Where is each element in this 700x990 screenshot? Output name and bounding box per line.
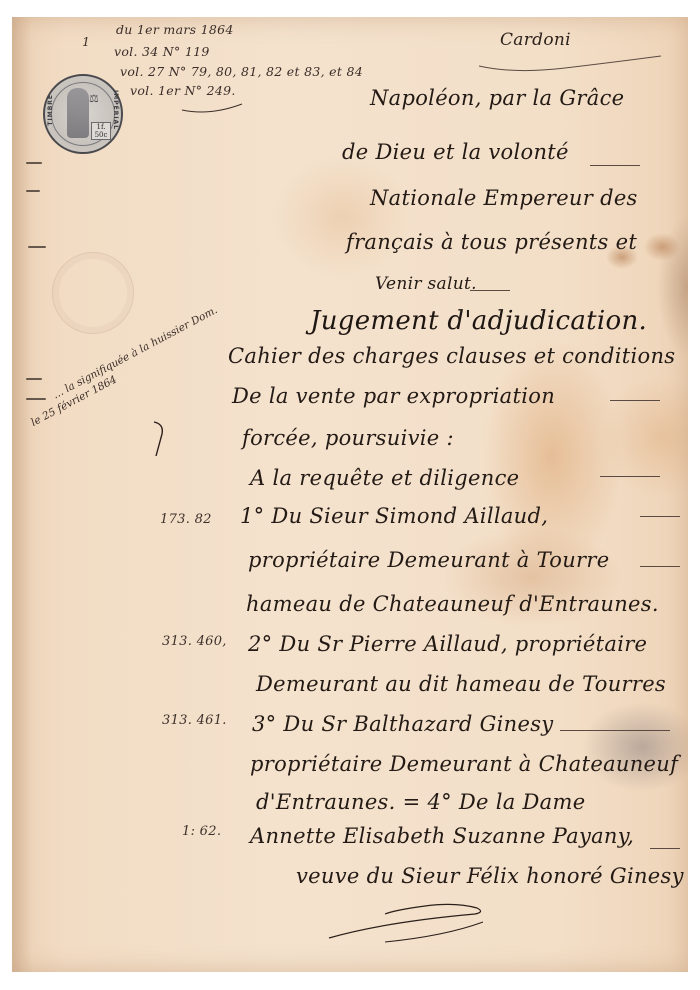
- embossed-seal: [52, 252, 134, 334]
- line-filler-rule: [560, 730, 670, 731]
- line-filler-rule: [650, 848, 680, 849]
- margin-annotation-bracket: [150, 420, 170, 460]
- body-line-9: forcée, poursuivie :: [242, 426, 454, 450]
- body-line-10: A la requête et diligence: [250, 466, 519, 490]
- line-filler-rule: [590, 165, 640, 166]
- closing-flourish: [325, 900, 485, 945]
- body-line-16: 3° Du Sr Balthazard Ginesy: [252, 712, 553, 736]
- edge-tear-mark: [26, 190, 40, 192]
- body-line-15: Demeurant au dit hameau de Tourres: [256, 672, 666, 696]
- name-underline: [475, 52, 665, 76]
- registry-underline-flourish: [180, 100, 250, 118]
- body-line-2: de Dieu et la volonté: [342, 140, 569, 164]
- registry-note-vol27: vol. 27 N° 79, 80, 81, 82 et 83, et 84: [120, 64, 363, 79]
- registry-note-date: du 1er mars 1864: [116, 22, 234, 37]
- line-filler-rule: [640, 516, 680, 517]
- registry-note-vol34: vol. 34 N° 119: [114, 44, 210, 59]
- document-title: Jugement d'adjudication.: [310, 306, 647, 336]
- top-right-name: Cardoni: [500, 30, 571, 50]
- line-filler-rule: [600, 476, 660, 477]
- body-line-1: Napoléon, par la Grâce: [370, 86, 624, 110]
- margin-amount-2: 313. 460,: [162, 634, 227, 649]
- line-filler-rule: [470, 290, 510, 291]
- body-line-7: Cahier des charges clauses et conditions: [228, 344, 675, 368]
- page-marker: 1: [82, 34, 90, 49]
- body-line-12: propriétaire Demeurant à Tourre: [248, 548, 609, 572]
- registry-note-vol1: vol. 1er N° 249.: [130, 83, 236, 98]
- edge-tear-mark: [28, 246, 46, 248]
- line-filler-rule: [610, 400, 660, 401]
- body-line-20: veuve du Sieur Félix honoré Ginesy: [296, 864, 684, 888]
- stamp-value-francs: 1f.: [96, 123, 105, 131]
- margin-amount-1: 173. 82: [160, 512, 212, 527]
- margin-amount-3: 313. 461.: [162, 713, 227, 728]
- body-line-19: Annette Elisabeth Suzanne Payany,: [250, 824, 634, 848]
- stamp-label-timbre: TIMBRE: [47, 94, 54, 126]
- stamp-label-imperial: IMPÉRIAL: [112, 90, 119, 130]
- margin-amount-4: 1: 62.: [182, 824, 221, 839]
- imperial-tax-stamp: TIMBRE IMPÉRIAL ⚖ 1f. 50c: [43, 74, 123, 154]
- body-line-13: hameau de Chateauneuf d'Entraunes.: [246, 592, 659, 616]
- line-filler-rule: [640, 566, 680, 567]
- stamp-value-centimes: 50c: [95, 131, 108, 139]
- body-line-4: français à tous présents et: [346, 230, 637, 254]
- edge-tear-mark: [26, 378, 42, 380]
- scales-icon: ⚖: [89, 92, 99, 105]
- body-line-11: 1° Du Sieur Simond Aillaud,: [240, 504, 548, 528]
- body-line-8: De la vente par expropriation: [232, 384, 555, 408]
- body-line-5: Venir salut.: [375, 274, 477, 294]
- body-line-17: propriétaire Demeurant à Chateauneuf: [250, 752, 678, 776]
- stamp-value: 1f. 50c: [91, 122, 111, 140]
- body-line-18: d'Entraunes. = 4° De la Dame: [256, 790, 585, 814]
- body-line-14: 2° Du Sr Pierre Aillaud, propriétaire: [248, 632, 647, 656]
- edge-tear-mark: [26, 162, 42, 164]
- body-line-3: Nationale Empereur des: [370, 186, 638, 210]
- justice-figure-icon: [67, 88, 89, 138]
